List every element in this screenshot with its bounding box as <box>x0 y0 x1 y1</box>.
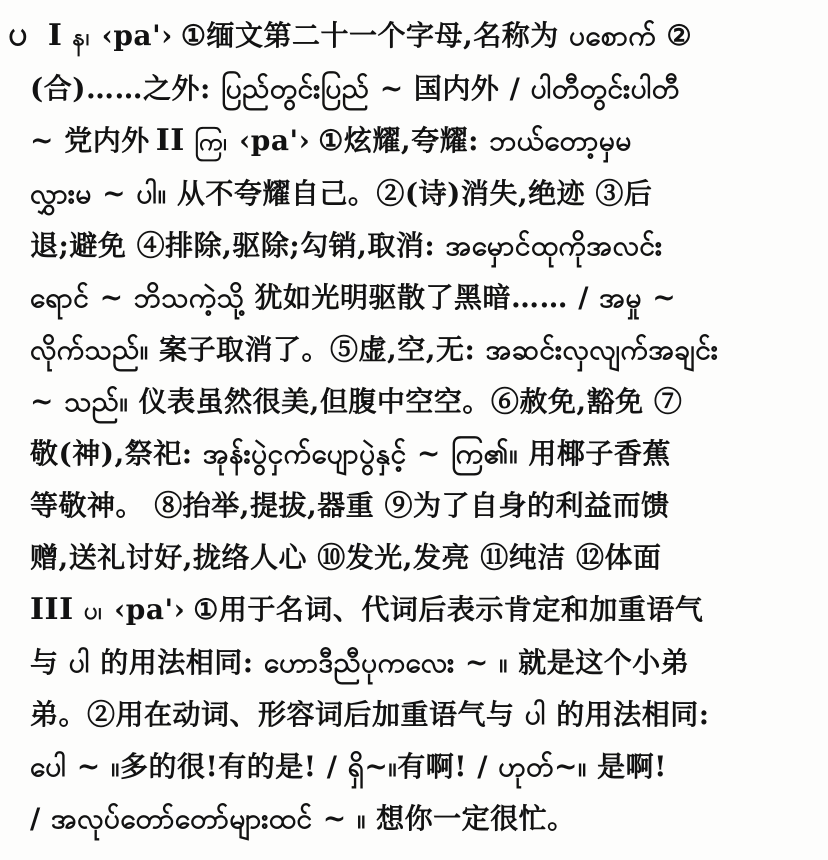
entry-line-13: 与 ပါ 的用法相同: ဟောဒီညီပုကလေး ~ ။ 就是这个小弟 <box>30 637 822 689</box>
definition-text: ရောင် ~ ဘိသကဲ့သို့ 犹如光明驱散了黑暗…… / အမှု ~ <box>30 281 676 314</box>
entry-line-3: ~ 党内外IIကြ၊‹pa'›①炫耀,夸耀: ဘယ်တော့မှမ <box>30 115 822 168</box>
headword: ပ <box>8 14 42 54</box>
entry-line-4: လွှားမ ~ ပါ။ 从不夸耀自己。②(诗)消失,绝迹 ③后 <box>30 168 822 220</box>
entry-line-15: ပေါ ~ ။多的很!有的是! / ရှိ~။有啊! / ဟုတ်~။ 是啊! <box>30 741 822 793</box>
entry-line-2: (合)……之外: ပြည်တွင်းပြည် ~ 国内外 / ပါတီတွင်း… <box>30 63 822 115</box>
definition-text: 敬(神),祭祀: အုန်းပွဲငှက်ပျောပွဲနှင့် ~ ကြ၏။… <box>30 437 671 470</box>
dictionary-page: ပIန၊‹pa'›①缅文第二十一个字母,名称为 ပစောက် ② (合)……之外… <box>0 0 828 860</box>
definition-text: (合)……之外: ပြည်တွင်းပြည် ~ 国内外 / ပါတီတွင်း… <box>30 72 680 105</box>
entry-line-8: ~ သည်။ 仪表虽然很美,但腹中空空。⑥赦免,豁免 ⑦ <box>30 376 822 428</box>
entry-line-9: 敬(神),祭祀: အုန်းပွဲငှက်ပျောပွဲနှင့် ~ ကြ၏။… <box>30 428 822 480</box>
definition-text: 等敬神。 ⑧抬举,提拔,器重 ⑨为了自身的利益而馈 <box>30 489 670 522</box>
definition-text: ပေါ ~ ။多的很!有的是! / ရှိ~။有啊! / ဟုတ်~။ 是啊! <box>30 750 667 783</box>
section-roman-3: III <box>30 592 84 627</box>
entry-line-14: 弟。②用在动词、形容词后加重语气与 ပါ 的用法相同: <box>30 689 822 741</box>
section-roman-2: II <box>150 123 195 158</box>
phonetic-2: ‹pa'› <box>239 124 318 157</box>
entry-line-1: ပIန၊‹pa'›①缅文第二十一个字母,名称为 ပစောက် ② <box>8 8 822 63</box>
entry-line-12: IIIပ၊‹pa'›①用于名词、代词后表示肯定和加重语气 <box>30 584 822 637</box>
definition-text: လိုက်သည်။ 案子取消了。⑤虚,空,无: အဆင်းလှလျက်အချင်… <box>30 333 718 366</box>
definition-text: ①炫耀,夸耀: ဘယ်တော့မှမ <box>318 124 632 157</box>
definition-text: / အလုပ်တော်တော်များထင် ~ ။ 想你一定很忙。 <box>30 802 576 835</box>
entry-line-5: 退;避免 ④排除,驱除;勾销,取消: အမှောင်ထုကိုအလင်း <box>30 220 822 272</box>
pos-label-1: န၊ <box>72 22 101 51</box>
definition-text: လွှားမ ~ ပါ။ 从不夸耀自己。②(诗)消失,绝迹 ③后 <box>30 177 652 210</box>
entry-line-16: / အလုပ်တော်တော်များထင် ~ ။ 想你一定很忙。 <box>30 793 822 845</box>
entry-line-10: 等敬神。 ⑧抬举,提拔,器重 ⑨为了自身的利益而馈 <box>30 480 822 532</box>
definition-text: 弟。②用在动词、形容词后加重语气与 ပါ 的用法相同: <box>30 698 710 731</box>
entry-line-7: လိုက်သည်။ 案子取消了。⑤虚,空,无: အဆင်းလှလျက်အချင်… <box>30 324 822 376</box>
definition-text: 退;避免 ④排除,驱除;勾销,取消: အမှောင်ထုကိုအလင်း <box>30 229 663 262</box>
definition-text: ~ သည်။ 仪表虽然很美,但腹中空空。⑥赦免,豁免 ⑦ <box>30 385 682 418</box>
definition-text: ①用于名词、代词后表示肯定和加重语气 <box>193 593 703 626</box>
definition-text: 赠,送礼讨好,拢络人心 ⑩发光,发亮 ⑪纯洁 ⑫体面 <box>30 541 662 574</box>
definition-text: 与 ပါ 的用法相同: ဟောဒီညီပုကလေး ~ ။ 就是这个小弟 <box>30 646 689 679</box>
pos-label-2: ကြ၊ <box>195 127 239 156</box>
definition-text: ~ 党内外 <box>30 124 150 157</box>
entry-line-11: 赠,送礼讨好,拢络人心 ⑩发光,发亮 ⑪纯洁 ⑫体面 <box>30 532 822 584</box>
phonetic-1: ‹pa'› <box>102 19 181 52</box>
pos-label-3: ပ၊ <box>84 596 114 625</box>
section-roman-1: I <box>42 18 73 53</box>
phonetic-3: ‹pa'› <box>114 593 193 626</box>
definition-text: ①缅文第二十一个字母,名称为 ပစောက် ② <box>181 19 692 52</box>
entry-line-6: ရောင် ~ ဘိသကဲ့သို့ 犹如光明驱散了黑暗…… / အမှု ~ <box>30 272 822 324</box>
